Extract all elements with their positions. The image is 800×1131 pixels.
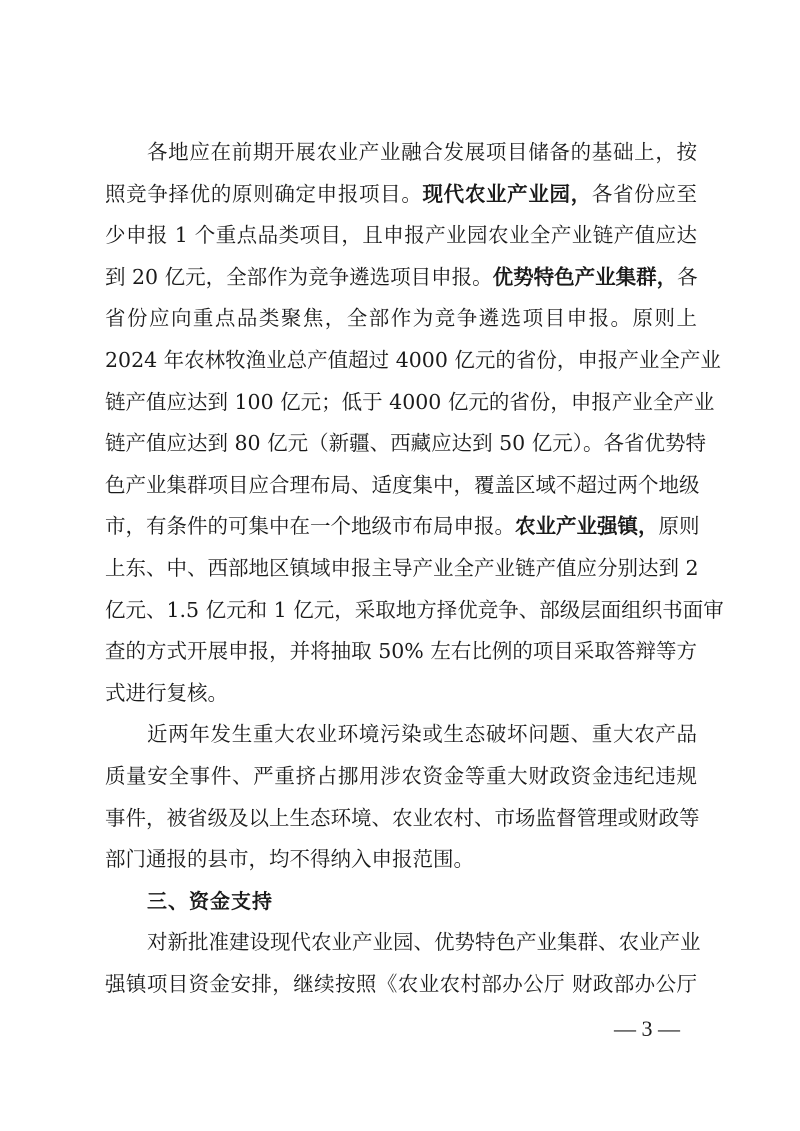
bold-term-strong-town: 农业产业强镇， — [515, 514, 659, 538]
text-line: 质量安全事件、严重挤占挪用涉农资金等重大财政资金违纪违规 — [105, 756, 697, 798]
body-text: 各地应在前期开展农业产业融合发展项目储备的基础上，按 照竞争择优的原则确定申报项… — [105, 132, 697, 1005]
text-segment: 到 20 亿元，全部作为竞争遴选项目申报。 — [105, 265, 493, 289]
text-line: 2024 年农林牧渔业总产值超过 4000 亿元的省份，申报产业全产业 — [105, 340, 697, 382]
text-line: 强镇项目资金安排，继续按照《农业农村部办公厅 财政部办公厅 — [105, 964, 697, 1006]
text-segment: 各 — [677, 265, 698, 289]
text-line: 省份应向重点品类聚焦，全部作为竞争遴选项目申报。原则上 — [105, 298, 697, 340]
bold-term-industry-cluster: 优势特色产业集群， — [493, 265, 678, 289]
text-segment: 照竞争择优的原则确定申报项目。 — [105, 182, 423, 206]
section-heading: 三、资金支持 — [105, 881, 697, 923]
text-line: 市，有条件的可集中在一个地级市布局申报。农业产业强镇，原则 — [105, 506, 697, 548]
text-line: 查的方式开展申报，并将抽取 50% 左右比例的项目采取答辩等方 — [105, 631, 697, 673]
text-line: 式进行复核。 — [105, 673, 697, 715]
text-segment: 原则 — [659, 514, 700, 538]
text-line: 少申报 1 个重点品类项目，且申报产业园农业全产业链产值应达 — [105, 215, 697, 257]
text-line: 部门通报的县市，均不得纳入申报范围。 — [105, 839, 697, 881]
text-line: 各地应在前期开展农业产业融合发展项目储备的基础上，按 — [105, 132, 697, 174]
text-segment: 市，有条件的可集中在一个地级市布局申报。 — [105, 514, 515, 538]
bold-term-modern-agri-park: 现代农业产业园， — [423, 182, 592, 206]
text-line: 照竞争择优的原则确定申报项目。现代农业产业园，各省份应至 — [105, 174, 697, 216]
text-line: 对新批准建设现代农业产业园、优势特色产业集群、农业产业 — [105, 922, 697, 964]
text-line: 上东、中、西部地区镇域申报主导产业全产业链产值应分别达到 2 — [105, 548, 697, 590]
text-line: 亿元、1.5 亿元和 1 亿元，采取地方择优竞争、部级层面组织书面审 — [105, 590, 697, 632]
page-number: — 3 — — [612, 1016, 682, 1042]
text-segment: 各省份应至 — [592, 182, 697, 206]
text-line: 到 20 亿元，全部作为竞争遴选项目申报。优势特色产业集群，各 — [105, 257, 697, 299]
document-page: 各地应在前期开展农业产业融合发展项目储备的基础上，按 照竞争择优的原则确定申报项… — [0, 0, 800, 1131]
text-line: 近两年发生重大农业环境污染或生态破坏问题、重大农产品 — [105, 714, 697, 756]
text-line: 链产值应达到 100 亿元；低于 4000 亿元的省份，申报产业全产业 — [105, 382, 697, 424]
text-line: 色产业集群项目应合理布局、适度集中，覆盖区域不超过两个地级 — [105, 465, 697, 507]
text-line: 链产值应达到 80 亿元（新疆、西藏应达到 50 亿元）。各省优势特 — [105, 423, 697, 465]
text-line: 事件，被省级及以上生态环境、农业农村、市场监督管理或财政等 — [105, 798, 697, 840]
